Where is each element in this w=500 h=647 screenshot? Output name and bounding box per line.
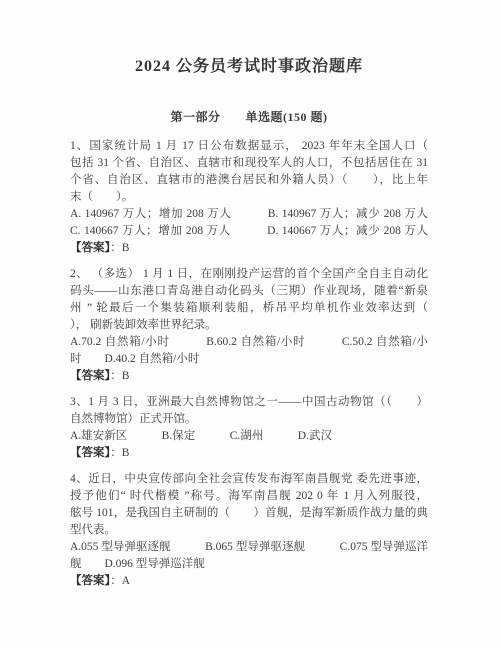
- question-2-answer-line: 【答案】：B: [70, 368, 428, 385]
- question-1-options-line-2: C. 140667 万人；增加 208 万人 D. 140667 万人；减少 2…: [70, 223, 428, 240]
- question-4-answer-line: 【答案】：A: [70, 573, 428, 590]
- answer-value: ：B: [110, 370, 129, 382]
- question-2-stem-line-2: 码头——山东港口青岛港自动化码头（三期）作业现场，随着“新泉: [70, 283, 428, 300]
- question-2-stem-line-1: 2、 （多选） 1 月 1 日，在刚刚投产运营的首个全国产全自主自动化: [70, 266, 428, 283]
- question-1-stem-line-3: 个省、自治区、直辖市的港澳台居民和外籍人员）（ ），比上年: [70, 172, 428, 189]
- question-4-stem-line-4: 型代表。: [70, 522, 428, 539]
- question-2-stem-line-4: ）， 刷新装卸效率世界纪录。: [70, 317, 428, 334]
- question-1-stem-line-2: 包括 31 个省、自治区、直辖市和现役军人的人口，不包括居住在 31: [70, 155, 428, 172]
- answer-value: ：A: [110, 575, 130, 587]
- answer-label: 【答案】: [70, 447, 110, 459]
- question-4-options-line-2: 舰 D.096 型导弹巡洋舰: [70, 556, 428, 573]
- question-3-options-line-1: A.雄安新区 B.保定 C.湖州 D.武汉: [70, 428, 428, 445]
- question-3-stem-line-2: 自然博物馆）正式开馆。: [70, 411, 428, 428]
- question-3-answer-line: 【答案】：B: [70, 445, 428, 462]
- answer-value: ：B: [110, 447, 129, 459]
- question-1-stem-line-4: 末（ ）。: [70, 189, 428, 206]
- question-2: 2、 （多选） 1 月 1 日，在刚刚投产运营的首个全国产全自主自动化 码头——…: [70, 266, 428, 385]
- section-heading: 第一部分 单选题(150 题): [70, 108, 428, 126]
- answer-label: 【答案】: [70, 370, 110, 382]
- question-2-options-line-2: 时 D.40.2 自然箱/小时: [70, 351, 428, 368]
- question-4-options-line-1: A.055 型导弹驱逐舰 B.065 型导弹驱逐舰 C.075 型导弹巡洋: [70, 539, 428, 556]
- question-3-stem-line-1: 3、1 月 3 日，亚洲最大自然博物馆之一——中国古动物馆（（ ）: [70, 394, 428, 411]
- question-1-options-line-1: A. 140967 万人；增加 208 万人 B. 140967 万人；减少 2…: [70, 206, 428, 223]
- question-1-answer-line: 【答案】：B: [70, 240, 428, 257]
- question-4: 4、近日，中央宣传部向全社会宣传发布海军南昌舰党 委先进事迹， 授予他们“ 时代…: [70, 471, 428, 590]
- question-4-stem-line-2: 授予他们“ 时代楷模 ”称号。海军南昌舰 202 0 年 1 月入列服役，: [70, 488, 428, 505]
- answer-label: 【答案】: [70, 242, 110, 254]
- answer-label: 【答案】: [70, 575, 110, 587]
- question-1: 1、国家统计局 1 月 17 日公布数据显示， 2023 年年末全国人口（ 包括…: [70, 138, 428, 257]
- question-3: 3、1 月 3 日，亚洲最大自然博物馆之一——中国古动物馆（（ ） 自然博物馆）…: [70, 394, 428, 462]
- question-1-stem-line-1: 1、国家统计局 1 月 17 日公布数据显示， 2023 年年末全国人口（: [70, 138, 428, 155]
- question-4-stem-line-1: 4、近日，中央宣传部向全社会宣传发布海军南昌舰党 委先进事迹，: [70, 471, 428, 488]
- question-2-options-line-1: A.70.2 自然箱/小时 B.60.2 自然箱/小时 C.50.2 自然箱/小: [70, 334, 428, 351]
- answer-value: ：B: [110, 242, 129, 254]
- document-title: 2024 公务员考试时事政治题库: [70, 56, 428, 78]
- document-page: 2024 公务员考试时事政治题库 第一部分 单选题(150 题) 1、国家统计局…: [0, 0, 500, 647]
- question-2-stem-line-3: 州 ” 轮最后一个集装箱顺利装船，桥吊平均单机作业效率达到（: [70, 300, 428, 317]
- question-4-stem-line-3: 舷号 101，是我国自主研制的（ ）首舰，是海军新质作战力量的典: [70, 505, 428, 522]
